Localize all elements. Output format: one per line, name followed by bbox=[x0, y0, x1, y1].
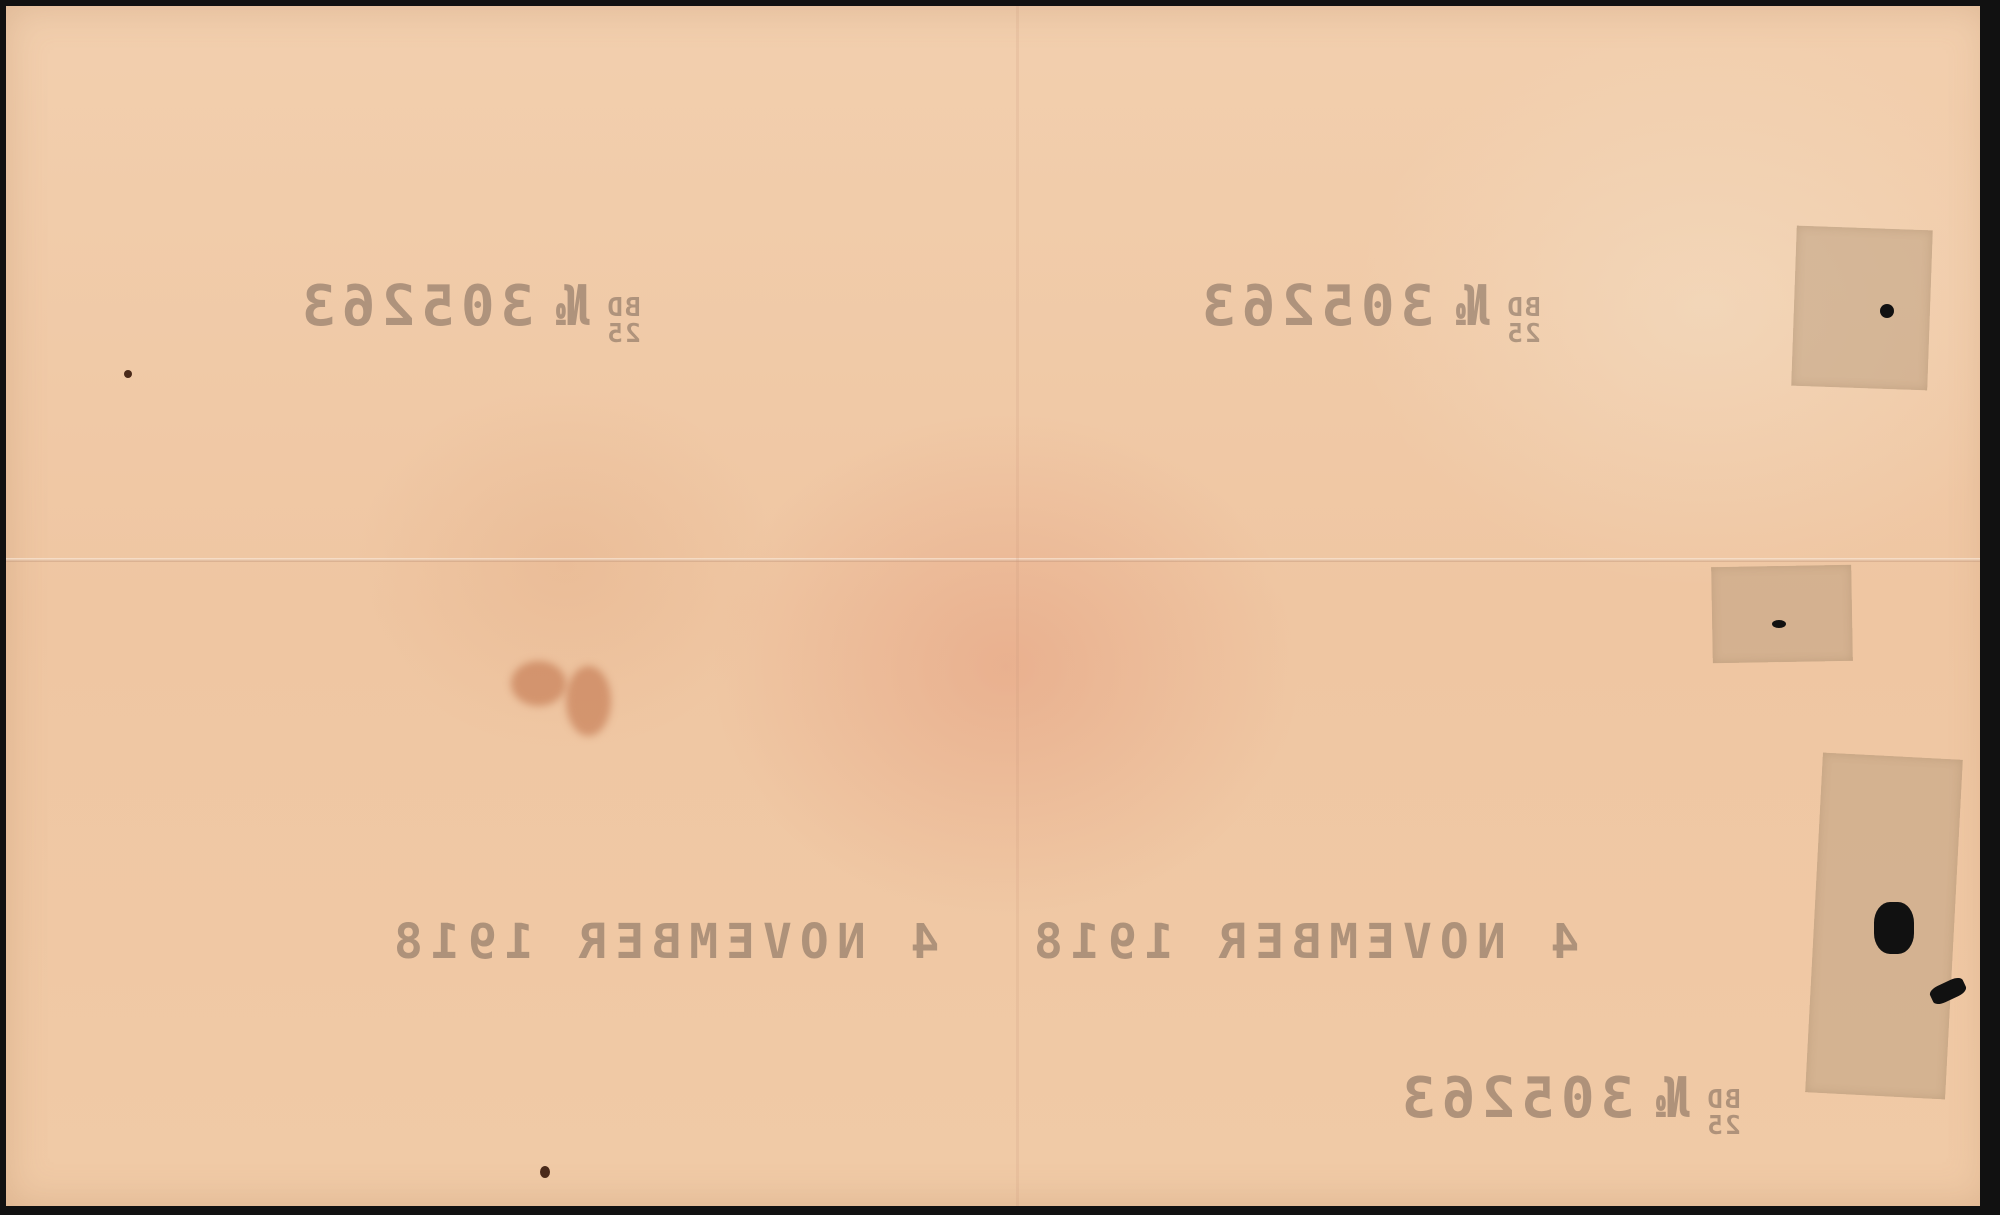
number-sign: № bbox=[1450, 274, 1490, 339]
serial-number: 305263 bbox=[1396, 1066, 1634, 1131]
serial-number: 305263 bbox=[296, 274, 534, 339]
hole bbox=[1874, 902, 1914, 954]
right-torn-edge bbox=[1980, 6, 1990, 1206]
tape-middle-right bbox=[1711, 565, 1853, 663]
date-left: 4 NOVEMBER 1918 bbox=[386, 914, 939, 970]
serial-block-top-right: BD25 № 305263 bbox=[1196, 274, 1541, 347]
serial-number: 305263 bbox=[1196, 274, 1434, 339]
tape-top-right bbox=[1791, 226, 1933, 391]
serial-block-top-left: BD25 № 305263 bbox=[296, 274, 641, 347]
brown-stain bbox=[566, 666, 611, 736]
ink-speck bbox=[124, 370, 132, 378]
horizontal-fold-crease bbox=[6, 558, 1990, 562]
ink-speck bbox=[540, 1166, 550, 1178]
series-code: BD25 bbox=[1505, 295, 1540, 347]
hole bbox=[1880, 304, 1894, 318]
serial-block-bottom: BD25 № 305263 bbox=[1396, 1066, 1741, 1139]
hole bbox=[1772, 620, 1786, 628]
number-sign: № bbox=[1650, 1066, 1690, 1131]
series-code: BD25 bbox=[605, 295, 640, 347]
brown-stain bbox=[511, 661, 566, 706]
number-sign: № bbox=[550, 274, 590, 339]
document-paper: BD25 № 305263 BD25 № 305263 4 NOVEMBER 1… bbox=[6, 6, 1990, 1206]
series-code: BD25 bbox=[1705, 1087, 1740, 1139]
vertical-fold-crease bbox=[1016, 6, 1019, 1206]
date-right: 4 NOVEMBER 1918 bbox=[1026, 914, 1579, 970]
